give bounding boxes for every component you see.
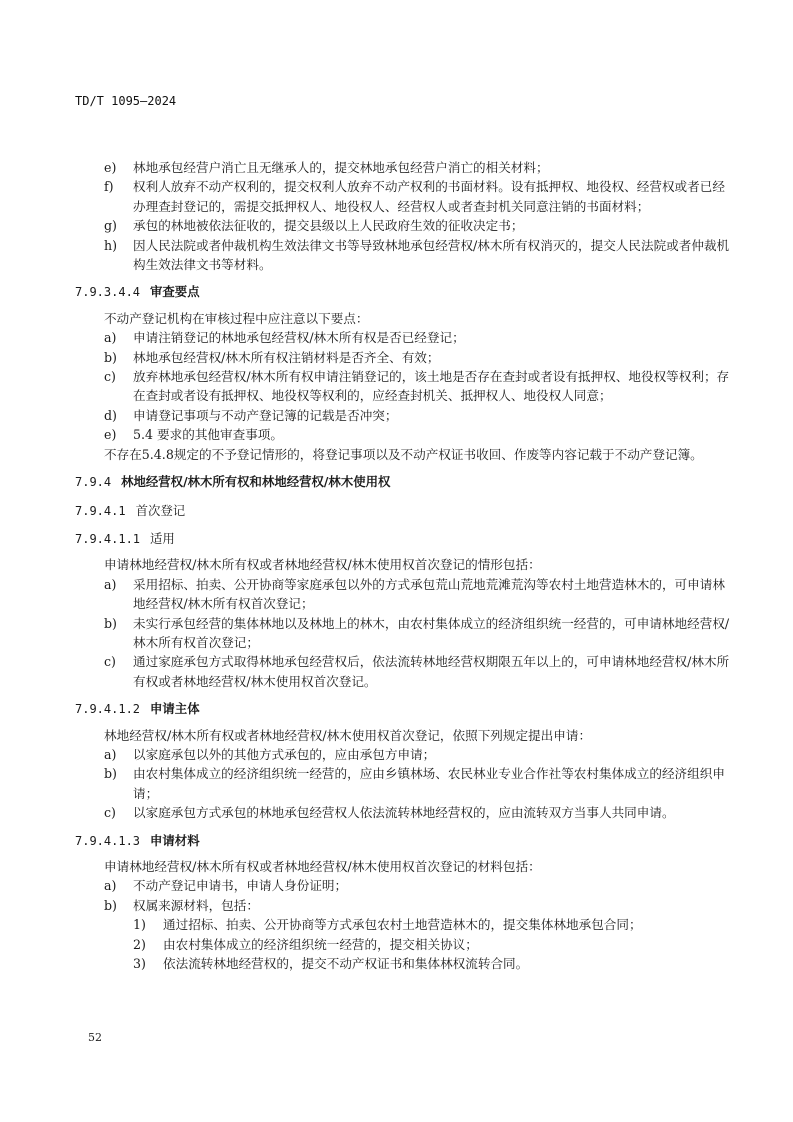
paragraph: 不动产登记机构在审核过程中应注意以下要点： [75,309,735,328]
list-marker: b) [104,764,117,783]
list-item: f)权利人放弃不动产权利的，提交权利人放弃不动产权利的书面材料。设有抵押权、地役… [75,177,735,216]
paragraph: 林地经营权/林木所有权或者林地经营权/林木使用权首次登记，依照下列规定提出申请： [75,726,735,745]
list-item: c)通过家庭承包方式取得林地承包经营权后，依法流转林地经营权期限五年以上的，可申… [75,652,735,691]
section-number: 7.9.4.1.1 [75,532,140,546]
paragraph: 申请林地经营权/林木所有权或者林地经营权/林木使用权首次登记的情形包括： [75,555,735,574]
list-block-1: e)林地承包经营户消亡且无继承人的，提交林地承包经营户消亡的相关材料； f)权利… [75,158,735,274]
list-item: a)采用招标、拍卖、公开协商等家庭承包以外的方式承包荒山荒地荒滩荒沟等农村土地营… [75,575,735,614]
list-marker: g) [104,216,117,235]
list-marker: 1) [133,915,146,934]
list-item-text: 林地承包经营权/林木所有权注销材料是否齐全、有效； [133,350,440,365]
list-marker: b) [104,614,117,633]
list-item-text: 依法流转林地经营权的，提交不动产权证书和集体林权流转合同。 [163,956,528,971]
list-marker: d) [104,406,117,425]
list-item: h)因人民法院或者仲裁机构生效法律文书等导致林地承包经营权/林木所有权消灭的，提… [75,236,735,275]
section-heading-7-9-4-1: 7.9.4.1首次登记 [75,501,735,521]
section-number: 7.9.4.1 [75,504,126,518]
sub-list-item: 2)由农村集体成立的经济组织统一经营的，提交相关协议； [75,935,735,954]
list-marker: b) [104,348,117,367]
list-marker: b) [104,896,117,915]
section-title: 适用 [150,531,175,546]
section-heading-7-9-4-1-2: 7.9.4.1.2申请主体 [75,699,735,719]
list-item-text: 申请登记事项与不动产登记簿的记载是否冲突； [133,408,397,423]
section-number: 7.9.4.1.2 [75,702,140,716]
list-item-text: 以家庭承包方式承包的林地承包经营权人依法流转林地经营权的，应由流转双方当事人共同… [133,805,675,820]
section-title: 首次登记 [136,503,186,518]
list-item: e)林地承包经营户消亡且无继承人的，提交林地承包经营户消亡的相关材料； [75,158,735,177]
section-heading-7-9-4-1-3: 7.9.4.1.3申请材料 [75,831,735,851]
list-item: c)放弃林地承包经营权/林木所有权申请注销登记的，该土地是否存在查封或者设有抵押… [75,367,735,406]
section-number: 7.9.3.4.4 [75,285,140,299]
section-number: 7.9.4.1.3 [75,834,140,848]
section-heading-7-9-4: 7.9.4林地经营权/林木所有权和林地经营权/林木使用权 [75,472,735,492]
list-item-text: 承包的林地被依法征收的，提交县级以上人民政府生效的征收决定书； [133,218,523,233]
section-title: 申请材料 [150,833,200,848]
list-item-text: 由农村集体成立的经济组织统一经营的，应由乡镇林场、农民林业专业合作社等农村集体成… [133,766,725,800]
list-item: d)申请登记事项与不动产登记簿的记载是否冲突； [75,406,735,425]
section-number: 7.9.4 [75,475,111,489]
list-item: e)5.4 要求的其他审查事项。 [75,425,735,444]
list-item-text: 通过招标、拍卖、公开协商等方式承包农村土地营造林木的，提交集体林地承包合同； [163,917,642,932]
standard-code: TD/T 1095—2024 [75,94,176,108]
section-title: 林地经营权/林木所有权和林地经营权/林木使用权 [121,474,390,489]
list-marker: a) [104,575,116,594]
list-marker: a) [104,328,116,347]
list-marker: 3) [133,954,146,973]
document-body: e)林地承包经营户消亡且无继承人的，提交林地承包经营户消亡的相关材料； f)权利… [75,158,735,973]
list-item: b)权属来源材料，包括： [75,896,735,915]
list-marker: c) [104,367,116,386]
list-item-text: 采用招标、拍卖、公开协商等家庭承包以外的方式承包荒山荒地荒滩荒沟等农村土地营造林… [133,577,725,611]
section-heading-7-9-3-4-4: 7.9.3.4.4审查要点 [75,282,735,302]
list-marker: h) [104,236,117,255]
list-item-text: 放弃林地承包经营权/林木所有权申请注销登记的，该土地是否存在查封或者设有抵押权、… [133,369,729,403]
list-item-text: 因人民法院或者仲裁机构生效法律文书等导致林地承包经营权/林木所有权消灭的，提交人… [133,238,729,272]
list-item: b)未实行承包经营的集体林地以及林地上的林木，由农村集体成立的经济组织统一经营的… [75,614,735,653]
list-item-text: 未实行承包经营的集体林地以及林地上的林木，由农村集体成立的经济组织统一经营的，可… [133,616,729,650]
sub-list-item: 1)通过招标、拍卖、公开协商等方式承包农村土地营造林木的，提交集体林地承包合同； [75,915,735,934]
list-marker: 2) [133,935,146,954]
section-title: 申请主体 [150,701,200,716]
sub-list-item: 3)依法流转林地经营权的，提交不动产权证书和集体林权流转合同。 [75,954,735,973]
list-marker: a) [104,876,116,895]
list-item-text: 通过家庭承包方式取得林地承包经营权后，依法流转林地经营权期限五年以上的，可申请林… [133,654,729,688]
section-heading-7-9-4-1-1: 7.9.4.1.1适用 [75,529,735,549]
list-item: a)申请注销登记的林地承包经营权/林木所有权是否已经登记； [75,328,735,347]
list-marker: c) [104,803,116,822]
list-item: a)以家庭承包以外的其他方式承包的，应由承包方申请； [75,745,735,764]
list-item: g)承包的林地被依法征收的，提交县级以上人民政府生效的征收决定书； [75,216,735,235]
list-item-text: 不动产登记申请书，申请人身份证明； [133,878,347,893]
list-item-text: 5.4 要求的其他审查事项。 [133,427,283,442]
list-item-text: 以家庭承包以外的其他方式承包的，应由承包方申请； [133,747,435,762]
list-marker: a) [104,745,116,764]
list-item-text: 权属来源材料，包括： [133,898,259,913]
paragraph: 不存在5.4.8规定的不予登记情形的，将登记事项以及不动产权证书收回、作废等内容… [75,445,735,464]
list-item-text: 林地承包经营户消亡且无继承人的，提交林地承包经营户消亡的相关材料； [133,160,549,175]
list-item-text: 申请注销登记的林地承包经营权/林木所有权是否已经登记； [133,330,465,345]
list-item: a)不动产登记申请书，申请人身份证明； [75,876,735,895]
list-marker: e) [104,158,116,177]
list-item: b)林地承包经营权/林木所有权注销材料是否齐全、有效； [75,348,735,367]
list-marker: e) [104,425,116,444]
paragraph: 申请林地经营权/林木所有权或者林地经营权/林木使用权首次登记的材料包括： [75,857,735,876]
list-item: c)以家庭承包方式承包的林地承包经营权人依法流转林地经营权的，应由流转双方当事人… [75,803,735,822]
list-item-text: 由农村集体成立的经济组织统一经营的，提交相关协议； [163,937,478,952]
section-title: 审查要点 [150,284,200,299]
list-marker: f) [104,177,114,196]
list-item: b)由农村集体成立的经济组织统一经营的，应由乡镇林场、农民林业专业合作社等农村集… [75,764,735,803]
list-marker: c) [104,652,116,671]
list-item-text: 权利人放弃不动产权利的，提交权利人放弃不动产权利的书面材料。设有抵押权、地役权、… [133,179,725,213]
page-number: 52 [88,1031,102,1044]
